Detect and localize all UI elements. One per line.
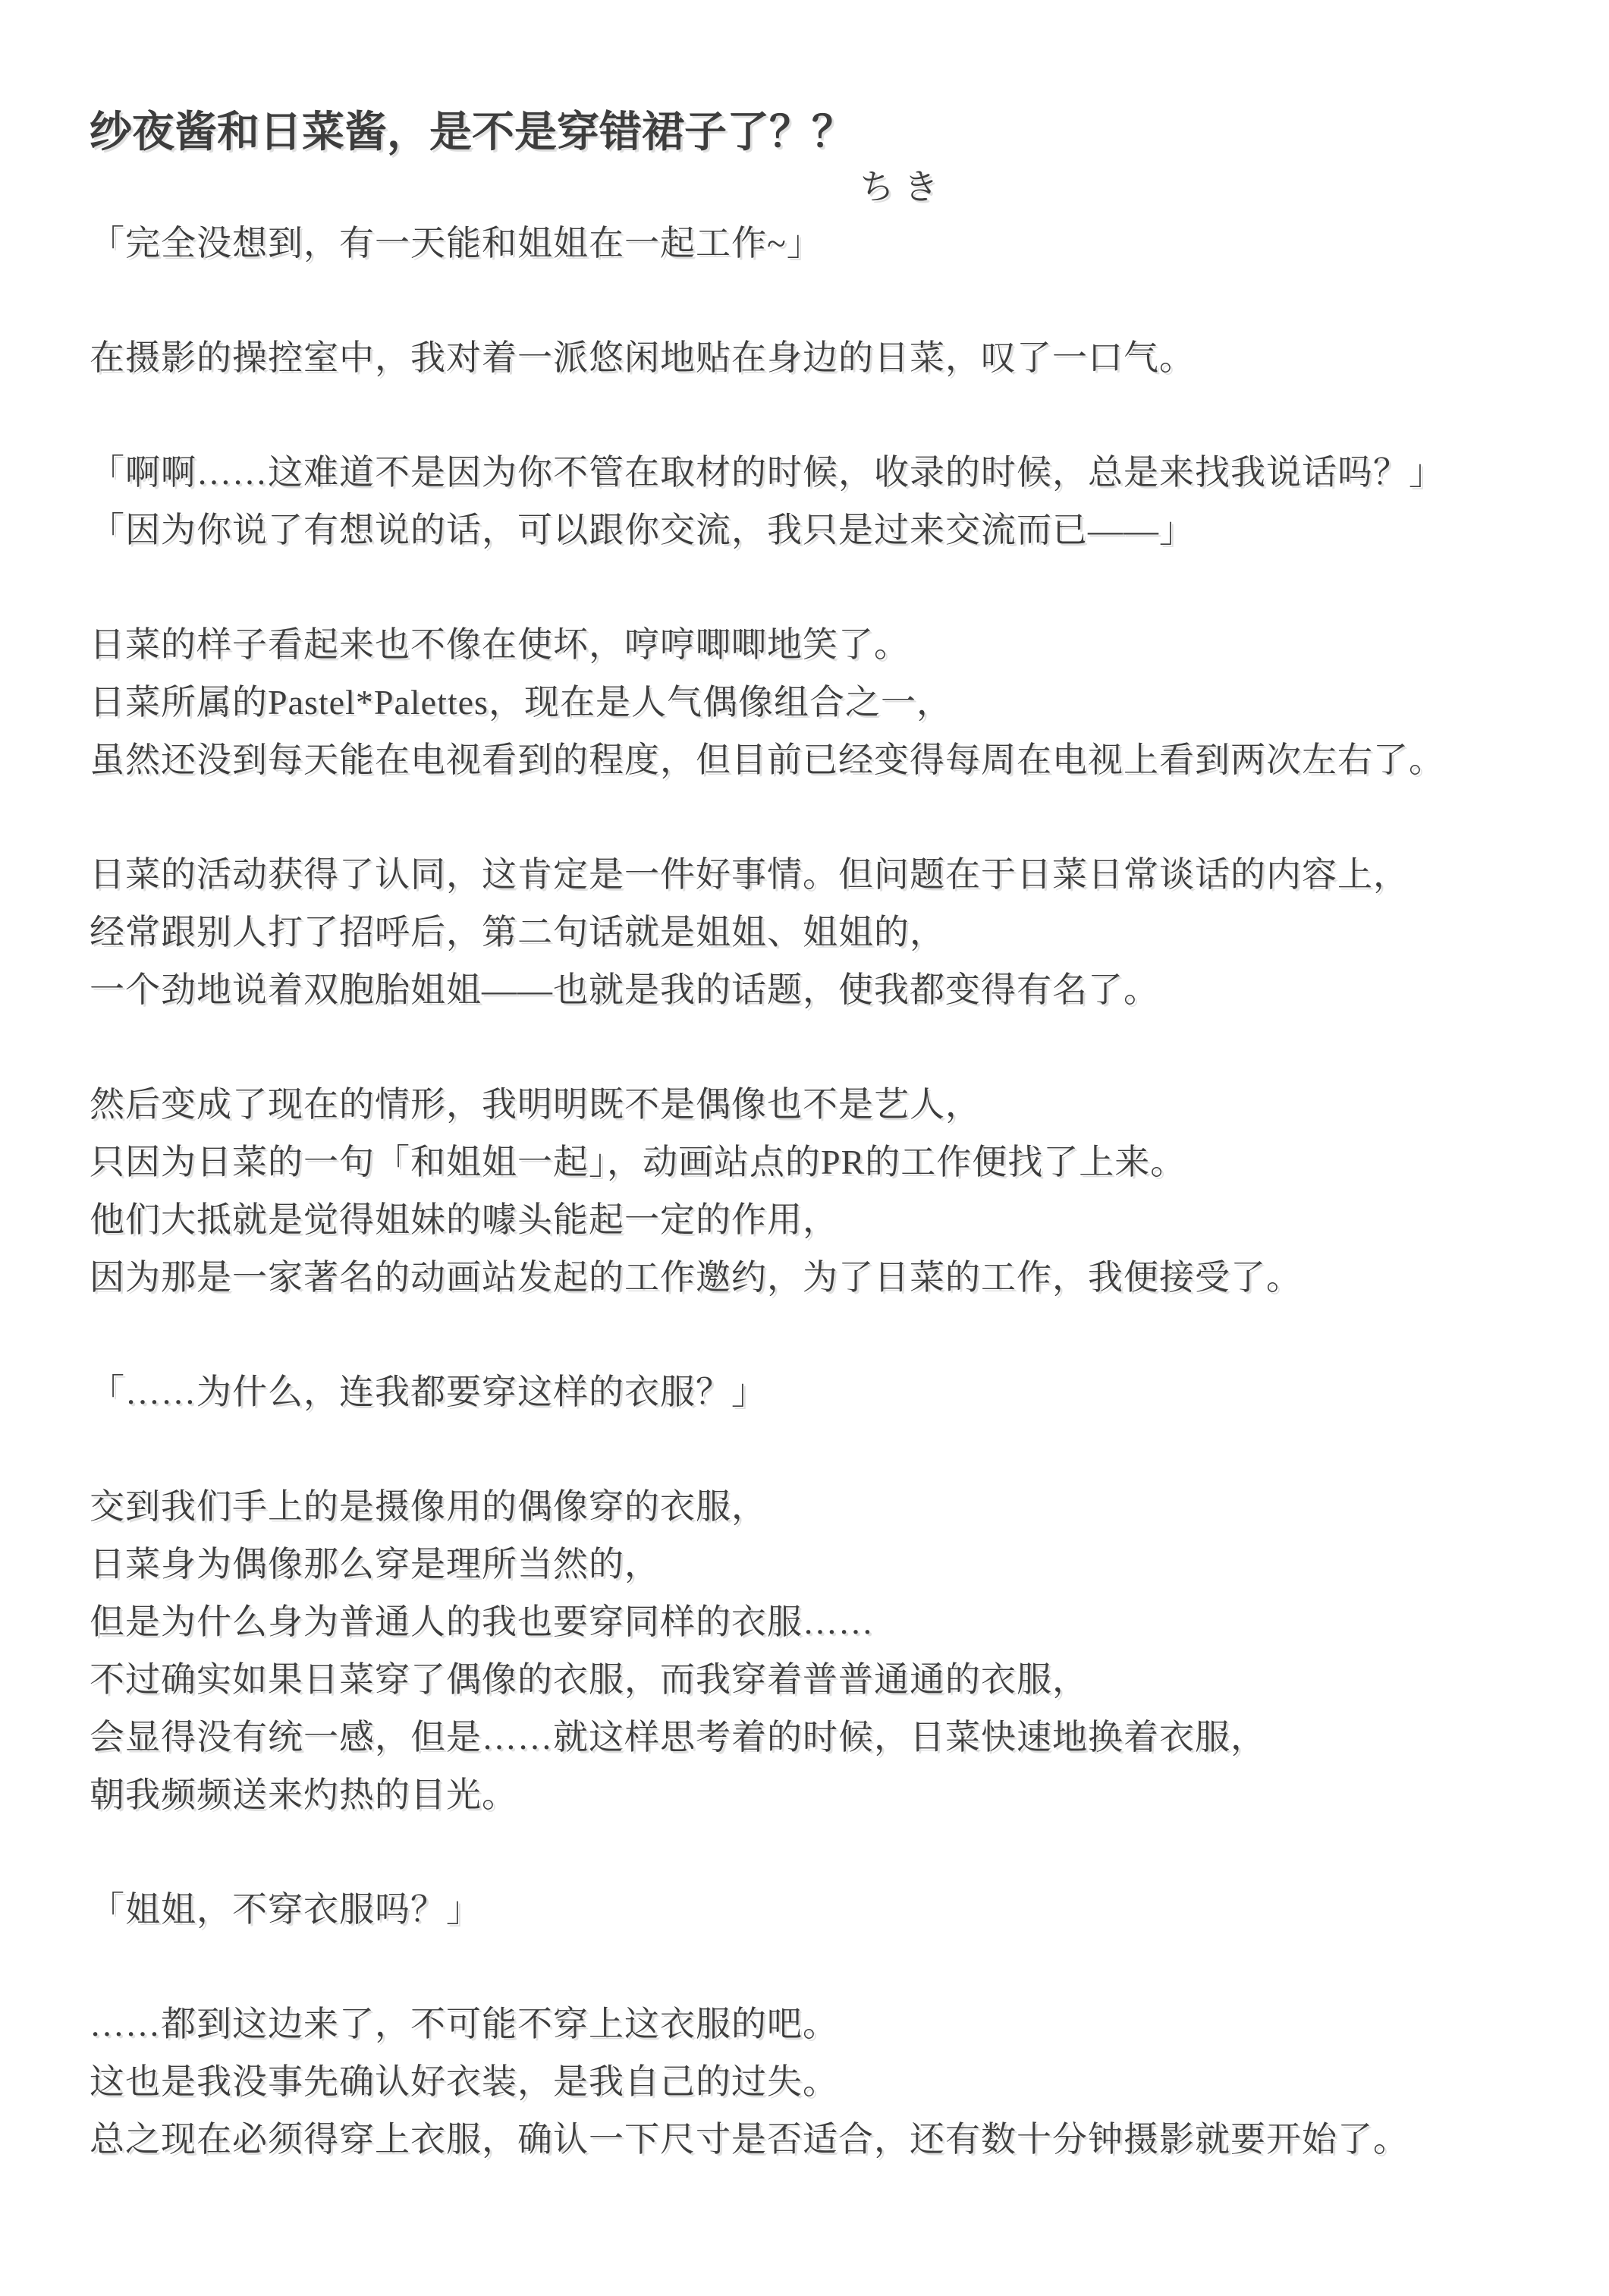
story-line: ……都到这边来了，不可能不穿上这衣服的吧。 bbox=[90, 1996, 1541, 2053]
story-paragraph: ……都到这边来了，不可能不穿上这衣服的吧。 这也是我没事先确认好衣装，是我自己的… bbox=[90, 1996, 1541, 2169]
story-line: 日菜的活动获得了认同，这肯定是一件好事情。但问题在于日菜日常谈话的内容上， bbox=[90, 846, 1541, 904]
story-line: 然后变成了现在的情形，我明明既不是偶像也不是艺人， bbox=[90, 1076, 1541, 1134]
author-name: ちき bbox=[859, 163, 1541, 212]
story-line: 日菜身为偶像那么穿是理所当然的， bbox=[90, 1536, 1541, 1593]
story-line: 「完全没想到，有一天能和姐姐在一起工作~」 bbox=[90, 215, 1541, 272]
story-line: 因为那是一家著名的动画站发起的工作邀约，为了日菜的工作，我便接受了。 bbox=[90, 1249, 1541, 1307]
story-line: 不过确实如果日菜穿了偶像的衣服，而我穿着普普通通的衣服， bbox=[90, 1651, 1541, 1709]
story-line: 总之现在必须得穿上衣服，确认一下尺寸是否适合，还有数十分钟摄影就要开始了。 bbox=[90, 2111, 1541, 2169]
story-paragraph: 「完全没想到，有一天能和姐姐在一起工作~」 bbox=[90, 215, 1541, 272]
story-line: 在摄影的操控室中，我对着一派悠闲地贴在身边的日菜，叹了一口气。 bbox=[90, 329, 1541, 387]
story-line: 日菜所属的Pastel*Palettes，现在是人气偶像组合之一， bbox=[90, 674, 1541, 731]
story-paragraph: 「啊啊……这难道不是因为你不管在取材的时候，收录的时候，总是来找我说话吗？」 「… bbox=[90, 444, 1541, 559]
story-line: 日菜的样子看起来也不像在使坏，哼哼唧唧地笑了。 bbox=[90, 616, 1541, 674]
story-line: 朝我频频送来灼热的目光。 bbox=[90, 1766, 1541, 1824]
story-line: 「姐姐，不穿衣服吗？」 bbox=[90, 1881, 1541, 1939]
story-line: 这也是我没事先确认好衣装，是我自己的过失。 bbox=[90, 2053, 1541, 2111]
story-paragraph: 然后变成了现在的情形，我明明既不是偶像也不是艺人， 只因为日菜的一句「和姐姐一起… bbox=[90, 1076, 1541, 1307]
story-paragraph: 交到我们手上的是摄像用的偶像穿的衣服， 日菜身为偶像那么穿是理所当然的， 但是为… bbox=[90, 1478, 1541, 1824]
story-line: 会显得没有统一感，但是……就这样思考着的时候，日菜快速地换着衣服， bbox=[90, 1709, 1541, 1766]
document-page: 纱夜酱和日菜酱，是不是穿错裙子了？？ ちき 「完全没想到，有一天能和姐姐在一起工… bbox=[0, 0, 1609, 2296]
story-line: 经常跟别人打了招呼后，第二句话就是姐姐、姐姐的， bbox=[90, 904, 1541, 961]
story-line: 交到我们手上的是摄像用的偶像穿的衣服， bbox=[90, 1478, 1541, 1536]
story-line: 虽然还没到每天能在电视看到的程度，但目前已经变得每周在电视上看到两次左右了。 bbox=[90, 731, 1541, 789]
story-line: 「……为什么，连我都要穿这样的衣服？」 bbox=[90, 1363, 1541, 1421]
story-paragraph: 「姐姐，不穿衣服吗？」 bbox=[90, 1881, 1541, 1939]
story-title: 纱夜酱和日菜酱，是不是穿错裙子了？？ bbox=[90, 102, 1541, 163]
story-line: 他们大抵就是觉得姐妹的噱头能起一定的作用， bbox=[90, 1191, 1541, 1249]
story-paragraph: 日菜的活动获得了认同，这肯定是一件好事情。但问题在于日菜日常谈话的内容上， 经常… bbox=[90, 846, 1541, 1019]
story-line: 「因为你说了有想说的话，可以跟你交流，我只是过来交流而已——」 bbox=[90, 502, 1541, 559]
story-paragraph: 日菜的样子看起来也不像在使坏，哼哼唧唧地笑了。 日菜所属的Pastel*Pale… bbox=[90, 616, 1541, 789]
story-line: 「啊啊……这难道不是因为你不管在取材的时候，收录的时候，总是来找我说话吗？」 bbox=[90, 444, 1541, 502]
story-line: 只因为日菜的一句「和姐姐一起」，动画站点的PR的工作便找了上来。 bbox=[90, 1134, 1541, 1191]
story-paragraph: 在摄影的操控室中，我对着一派悠闲地贴在身边的日菜，叹了一口气。 bbox=[90, 329, 1541, 387]
story-line: 但是为什么身为普通人的我也要穿同样的衣服…… bbox=[90, 1593, 1541, 1651]
story-paragraph: 「……为什么，连我都要穿这样的衣服？」 bbox=[90, 1363, 1541, 1421]
story-line: 一个劲地说着双胞胎姐姐——也就是我的话题，使我都变得有名了。 bbox=[90, 961, 1541, 1019]
